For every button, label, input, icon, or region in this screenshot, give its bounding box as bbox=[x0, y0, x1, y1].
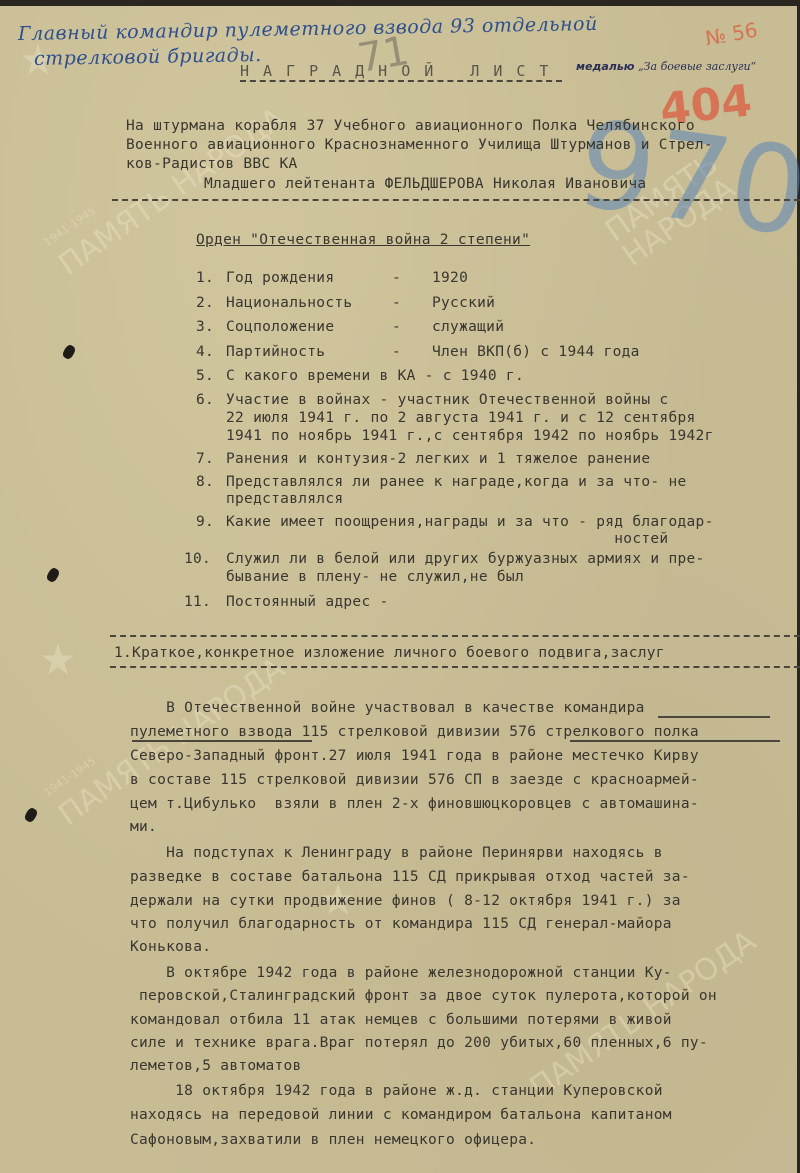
narrative-line: На подступах к Ленинграду в районе Перин… bbox=[130, 845, 663, 861]
field-text: представлялся bbox=[226, 491, 343, 507]
field-sep: - bbox=[392, 319, 401, 335]
handwritten-header-line: стрелковой бригады. bbox=[34, 44, 262, 70]
document-title: НАГРАДНОЙ ЛИСТ bbox=[240, 62, 562, 82]
field-text: Служил ли в белой или других буржуазных … bbox=[226, 551, 705, 567]
red-pencil-number: № 56 bbox=[703, 18, 759, 51]
page-top-edge bbox=[0, 0, 800, 6]
field-text: Ранения и контузия-2 легких и 1 тяжелое … bbox=[226, 451, 650, 467]
underline bbox=[658, 716, 770, 718]
order-line: Орден "Отечественная война 2 степени" bbox=[196, 232, 530, 248]
narrative-line: в составе 115 стрелковой дивизии 576 СП … bbox=[130, 772, 699, 788]
narrative-line: пулеметного взвода 115 стрелковой дивизи… bbox=[130, 724, 699, 740]
field-text: Какие имеет поощрения,награды и за что -… bbox=[226, 514, 714, 530]
field-value: Член ВКП(б) с 1944 года bbox=[432, 344, 640, 360]
divider bbox=[110, 635, 800, 637]
narrative-line: перовской,Сталинградский фронт за двое с… bbox=[130, 988, 717, 1004]
field-label: Партийность bbox=[226, 344, 325, 360]
field-label: Национальность bbox=[226, 295, 352, 311]
ink-blot bbox=[45, 566, 61, 583]
award-stamp: медалью „За боевые заслуги“ bbox=[576, 60, 756, 73]
field-sep: - bbox=[392, 270, 401, 286]
field-label: Год рождения bbox=[226, 270, 334, 286]
watermark-star-icon: ★ bbox=[40, 620, 76, 690]
narrative-line: ми. bbox=[130, 819, 157, 835]
narrative-line: 18 октября 1942 года в районе ж.д. станц… bbox=[130, 1083, 663, 1099]
section-heading: 1.Краткое,конкретное изложение личного б… bbox=[114, 645, 665, 661]
rank-name: Младшего лейтенанта ФЕЛЬДШЕРОВА Николая … bbox=[204, 176, 646, 192]
field-num: 6. bbox=[196, 392, 214, 408]
field-value: служащий bbox=[432, 319, 504, 335]
field-text: Постоянный адрес - bbox=[226, 594, 389, 610]
field-num: 1. bbox=[196, 270, 214, 286]
field-num: 2. bbox=[196, 295, 214, 311]
field-sep: - bbox=[392, 344, 401, 360]
narrative-line: Конькова. bbox=[130, 939, 211, 955]
narrative-line: цем т.Цибулько взяли в плен 2-х финовшюц… bbox=[130, 796, 699, 812]
field-num: 11. bbox=[184, 594, 211, 610]
ink-blot bbox=[23, 806, 39, 823]
field-sep: - bbox=[392, 295, 401, 311]
narrative-line: В октябре 1942 года в районе железнодоро… bbox=[130, 965, 672, 981]
field-num: 8. bbox=[196, 474, 214, 490]
field-text: Участие в войнах - участник Отечественно… bbox=[226, 392, 668, 408]
divider bbox=[112, 199, 800, 201]
field-label: Соцположение bbox=[226, 319, 334, 335]
narrative-line: силе и технике врага.Враг потерял до 200… bbox=[130, 1035, 708, 1051]
field-num: 5. bbox=[196, 368, 214, 384]
narrative-line: В Отечественной войне участвовал в качес… bbox=[130, 700, 645, 716]
field-num: 3. bbox=[196, 319, 214, 335]
field-text: ностей bbox=[226, 531, 668, 547]
recipient-line: ков-Радистов ВВС КА bbox=[126, 156, 298, 172]
divider bbox=[110, 666, 800, 668]
field-text: 1941 по ноябрь 1941 г.,с сентября 1942 п… bbox=[226, 428, 714, 444]
field-num: 7. bbox=[196, 451, 214, 467]
field-num: 9. bbox=[196, 514, 214, 530]
field-num: 4. bbox=[196, 344, 214, 360]
field-text: Представлялся ли ранее к награде,когда и… bbox=[226, 474, 687, 490]
narrative-line: Сафоновым,захватили в плен немецкого офи… bbox=[130, 1132, 536, 1148]
field-value: 1920 bbox=[432, 270, 468, 286]
recipient-line: На штурмана корабля 37 Учебного авиацион… bbox=[126, 118, 695, 134]
narrative-line: находясь на передовой линии с командиром… bbox=[130, 1107, 672, 1123]
narrative-line: разведке в составе батальона 115 СД прик… bbox=[130, 869, 690, 885]
recipient-line: Военного авиационного Краснознаменного У… bbox=[126, 137, 713, 153]
underline bbox=[132, 740, 312, 742]
narrative-line: держали на сутки продвижение финов ( 8-1… bbox=[130, 893, 681, 909]
field-value: Русский bbox=[432, 295, 495, 311]
field-num: 10. bbox=[184, 551, 211, 567]
field-text: С какого времени в КА - с 1940 г. bbox=[226, 368, 524, 384]
narrative-line: леметов,5 автоматов bbox=[130, 1058, 302, 1074]
narrative-line: что получил благодарность от командира 1… bbox=[130, 916, 672, 932]
ink-blot bbox=[61, 343, 77, 360]
field-text: 22 июля 1941 г. по 2 августа 1941 г. и с… bbox=[226, 410, 696, 426]
narrative-line: Северо-Западный фронт.27 июля 1941 года … bbox=[130, 748, 699, 764]
underline bbox=[570, 740, 780, 742]
handwritten-header-line: Главный командир пулеметного взвода 93 о… bbox=[18, 13, 598, 45]
narrative-line: командовал отбила 11 атак немцев с больш… bbox=[130, 1012, 672, 1028]
field-text: бывание в плену- не служил,не был bbox=[226, 569, 524, 585]
